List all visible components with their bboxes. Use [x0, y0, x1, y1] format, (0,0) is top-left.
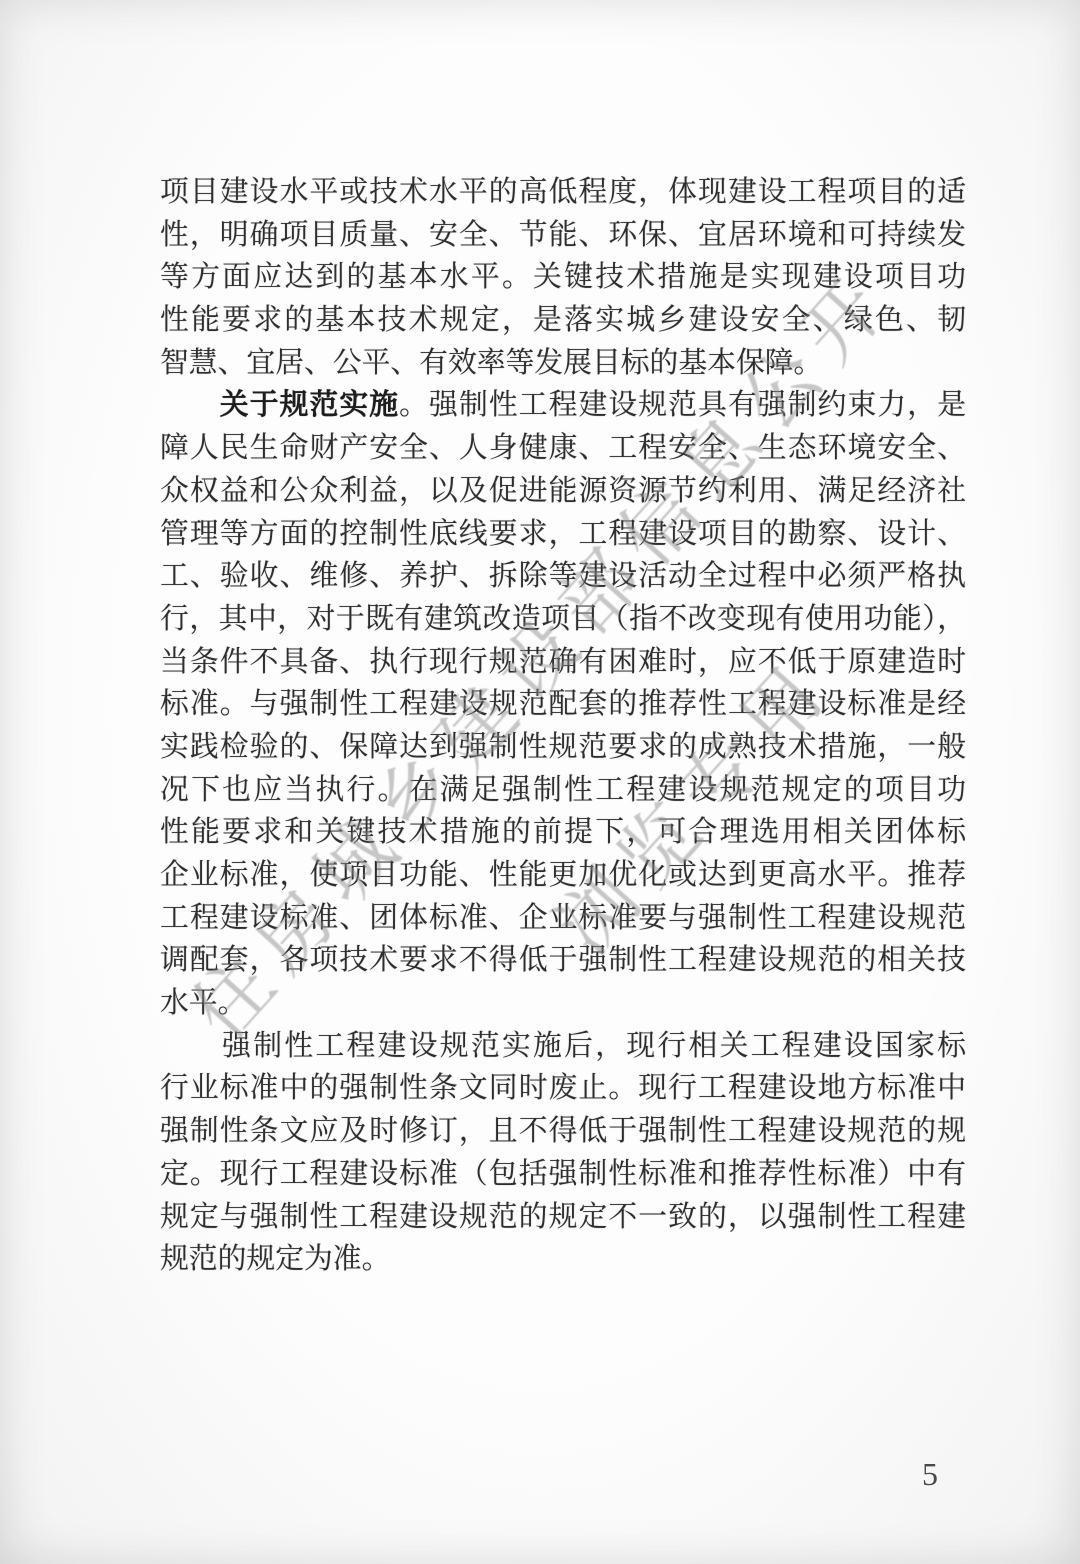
text-segment: 实践检验的、保障达到强制性规范要求的成熟技术措施，一般情: [160, 731, 966, 769]
text-line: 调配套，各项技术要求不得低于强制性工程建设规范的相关技术: [160, 939, 966, 982]
text-line: 企业标准，使项目功能、性能更加优化或达到更高水平。推荐性: [160, 854, 966, 897]
text-line: 众权益和公众利益，以及促进能源资源节约利用、满足经济社会: [160, 470, 966, 513]
text-segment: 标准。与强制性工程建设规范配套的推荐性工程建设标准是经过: [160, 688, 966, 726]
text-line: 关于规范实施。强制性工程建设规范具有强制约束力，是保: [160, 384, 966, 427]
scanned-document-page: 住房城乡建设部信息公开 浏览专用 项目建设水平或技术水平的高低程度，体现建设工程…: [0, 0, 1080, 1564]
text-line: 工、验收、维修、养护、拆除等建设活动全过程中必须严格执: [160, 555, 966, 598]
text-segment: 强制性条文应及时修订，且不得低于强制性工程建设规范的规: [160, 1115, 966, 1147]
text-line: 性能要求和关键技术措施的前提下，可合理选用相关团体标准、: [160, 811, 966, 854]
text-segment: 项目建设水平或技术水平的高低程度，体现建设工程项目的适用: [160, 176, 966, 214]
text-segment: 规范的规定为准。: [160, 1243, 390, 1275]
text-segment: 障人民生命财产安全、人身健康、工程安全、生态环境安全、公: [160, 432, 966, 470]
text-segment: 规定与强制性工程建设规范的规定不一致的，以强制性工程建设: [160, 1201, 966, 1239]
text-segment: 水平。: [160, 987, 246, 1019]
text-segment: 定。现行工程建设标准（包括强制性标准和推荐性标准）中有关: [160, 1158, 966, 1196]
text-line: 标准。与强制性工程建设规范配套的推荐性工程建设标准是经过: [160, 683, 966, 726]
text-segment: 性，明确项目质量、安全、节能、环保、宜居环境和可持续发展: [160, 219, 966, 257]
text-line: 强制性条文应及时修订，且不得低于强制性工程建设规范的规: [160, 1110, 966, 1153]
text-line: 障人民生命财产安全、人身健康、工程安全、生态环境安全、公: [160, 427, 966, 470]
text-segment: [160, 389, 220, 421]
text-segment: 性能要求和关键技术措施的前提下，可合理选用相关团体标准、: [160, 816, 966, 854]
text-segment: 等方面应达到的基本水平。关键技术措施是实现建设项目功能、: [160, 261, 966, 299]
text-line: 智慧、宜居、公平、有效率等发展目标的基本保障。: [160, 342, 966, 385]
page-number: 5: [904, 1456, 956, 1493]
paragraph-lead-bold: 关于规范实施: [220, 389, 399, 421]
text-line: 规定与强制性工程建设规范的规定不一致的，以强制性工程建设: [160, 1196, 966, 1239]
text-segment: 工、验收、维修、养护、拆除等建设活动全过程中必须严格执: [160, 560, 966, 592]
text-line: 行，其中，对于既有建筑改造项目（指不改变现有使用功能），: [160, 598, 966, 641]
text-segment: 强制性工程建设规范实施后，现行相关工程建设国家标准、: [160, 1030, 966, 1068]
text-segment: 行业标准中的强制性条文同时废止。现行工程建设地方标准中的: [160, 1072, 966, 1110]
text-line: 性能要求的基本技术规定，是落实城乡建设安全、绿色、韧性、: [160, 299, 966, 342]
text-line: 行业标准中的强制性条文同时废止。现行工程建设地方标准中的: [160, 1067, 966, 1110]
text-line: 项目建设水平或技术水平的高低程度，体现建设工程项目的适用: [160, 171, 966, 214]
text-segment: 管理等方面的控制性底线要求，工程建设项目的勘察、设计、施: [160, 518, 966, 556]
text-segment: 众权益和公众利益，以及促进能源资源节约利用、满足经济社会: [160, 475, 966, 513]
text-segment: 性能要求的基本技术规定，是落实城乡建设安全、绿色、韧性、: [160, 304, 966, 342]
text-line: 况下也应当执行。在满足强制性工程建设规范规定的项目功能、: [160, 769, 966, 812]
text-segment: 智慧、宜居、公平、有效率等发展目标的基本保障。: [160, 347, 822, 379]
text-segment: 工程建设标准、团体标准、企业标准要与强制性工程建设规范协: [160, 902, 966, 940]
text-line: 定。现行工程建设标准（包括强制性标准和推荐性标准）中有关: [160, 1153, 966, 1196]
text-line: 强制性工程建设规范实施后，现行相关工程建设国家标准、: [160, 1025, 966, 1068]
text-segment: 企业标准，使项目功能、性能更加优化或达到更高水平。推荐性: [160, 859, 966, 897]
text-line: 水平。: [160, 982, 966, 1025]
text-line: 规范的规定为准。: [160, 1238, 966, 1281]
text-line: 当条件不具备、执行现行规范确有困难时，应不低于原建造时的: [160, 641, 966, 684]
text-line: 性，明确项目质量、安全、节能、环保、宜居环境和可持续发展: [160, 214, 966, 257]
text-block: 项目建设水平或技术水平的高低程度，体现建设工程项目的适用性，明确项目质量、安全、…: [160, 171, 966, 1281]
text-segment: 行，其中，对于既有建筑改造项目（指不改变现有使用功能），: [160, 603, 966, 635]
text-line: 等方面应达到的基本水平。关键技术措施是实现建设项目功能、: [160, 256, 966, 299]
text-line: 实践检验的、保障达到强制性规范要求的成熟技术措施，一般情: [160, 726, 966, 769]
text-line: 管理等方面的控制性底线要求，工程建设项目的勘察、设计、施: [160, 513, 966, 556]
text-segment: 况下也应当执行。在满足强制性工程建设规范规定的项目功能、: [160, 774, 966, 812]
text-segment: 当条件不具备、执行现行规范确有困难时，应不低于原建造时的: [160, 646, 966, 684]
text-line: 工程建设标准、团体标准、企业标准要与强制性工程建设规范协: [160, 897, 966, 940]
text-segment: 调配套，各项技术要求不得低于强制性工程建设规范的相关技术: [160, 944, 966, 982]
